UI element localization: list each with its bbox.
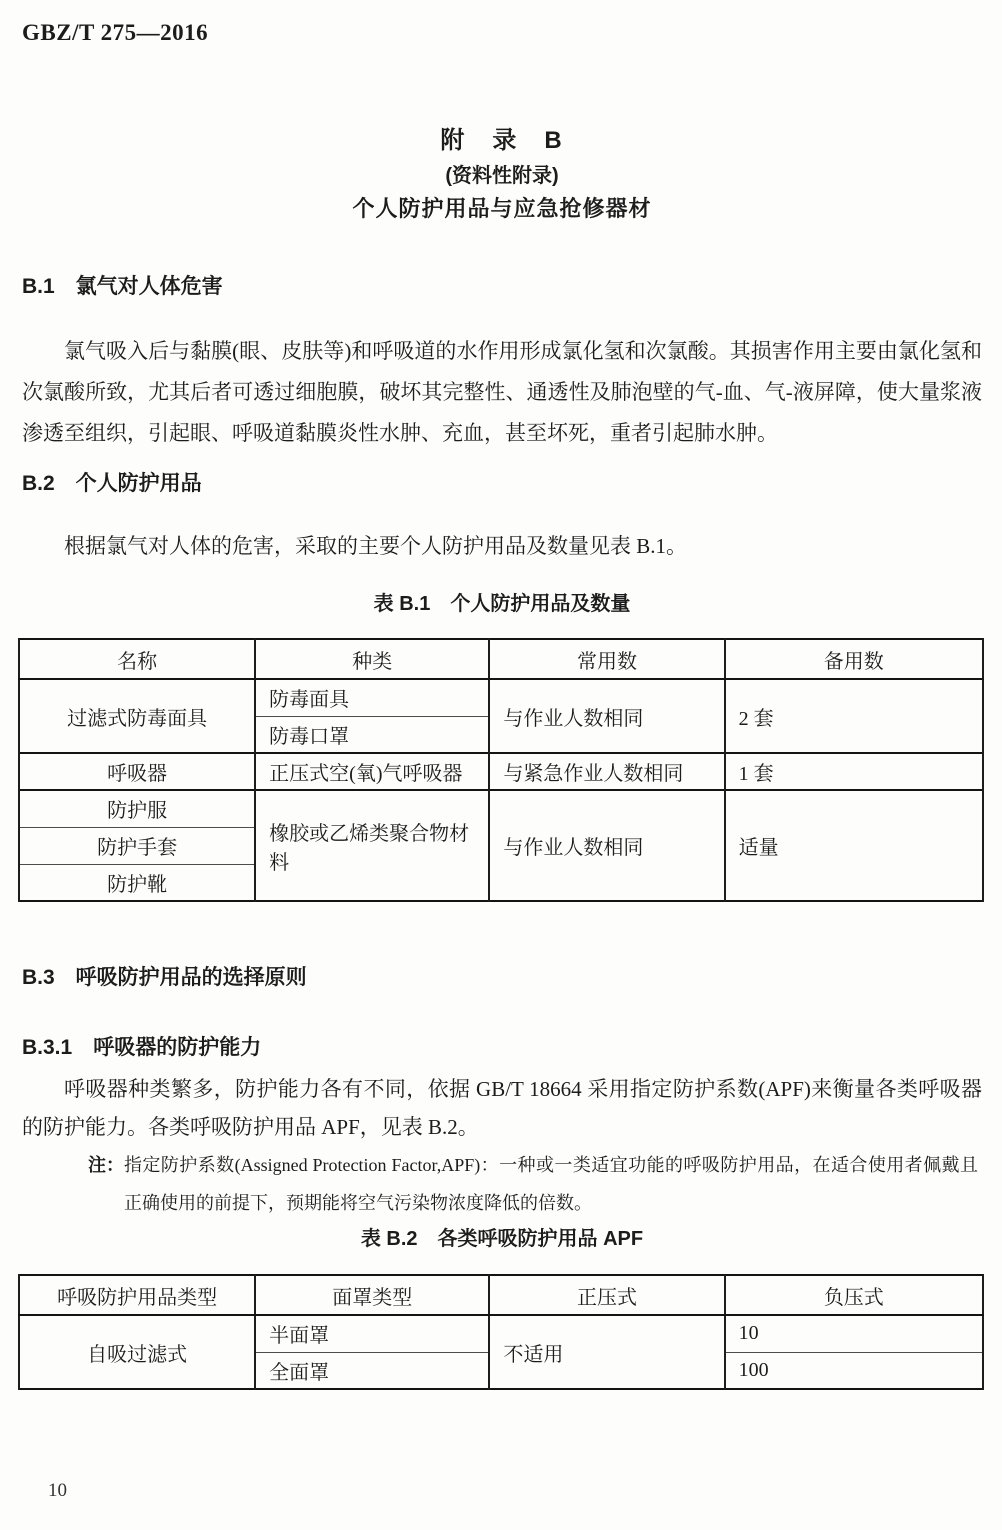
- table-b1-header-spare: 备用数: [725, 639, 983, 679]
- table-b2-caption: 表 B.2 各类呼吸防护用品 APF: [22, 1226, 982, 1252]
- paragraph-b2: 根据氯气对人体的危害，采取的主要个人防护用品及数量见表 B.1。: [22, 526, 982, 567]
- section-heading-b31: B.3.1 呼吸器的防护能力: [22, 1034, 982, 1062]
- page-number: 10: [48, 1480, 67, 1502]
- cell-respirator-name: 呼吸器: [19, 753, 255, 790]
- table-row: 防护服 橡胶或乙烯类聚合物材料 与作业人数相同 适量: [19, 790, 983, 827]
- cell-selffilter-negative-half: 10: [725, 1315, 983, 1352]
- table-b2: 呼吸防护用品类型 面罩类型 正压式 负压式 自吸过滤式 半面罩 不适用 10 全…: [18, 1274, 984, 1390]
- cell-selffilter-type: 自吸过滤式: [19, 1315, 255, 1389]
- table-row: 呼吸器 正压式空(氧)气呼吸器 与紧急作业人数相同 1 套: [19, 753, 983, 790]
- table-b1: 名称 种类 常用数 备用数 过滤式防毒面具 防毒面具 与作业人数相同 2 套 防…: [18, 638, 984, 902]
- cell-protective-name3: 防护靴: [19, 864, 255, 901]
- table-b2-header-mask: 面罩类型: [255, 1275, 489, 1315]
- cell-selffilter-fullmask: 全面罩: [255, 1352, 489, 1389]
- cell-selffilter-positive: 不适用: [489, 1315, 724, 1389]
- cell-filter-mask-kind2: 防毒口罩: [255, 716, 489, 753]
- cell-respirator-spare: 1 套: [725, 753, 983, 790]
- table-b2-header-negative: 负压式: [725, 1275, 983, 1315]
- cell-filter-mask-spare: 2 套: [725, 679, 983, 753]
- paragraph-b1: 氯气吸入后与黏膜(眼、皮肤等)和呼吸道的水作用形成氯化氢和次氯酸。其损害作用主要…: [22, 331, 982, 454]
- cell-protective-spare: 适量: [725, 790, 983, 901]
- table-b2-header-row: 呼吸防护用品类型 面罩类型 正压式 负压式: [19, 1275, 983, 1315]
- note-apf: 注： 指定防护系数(Assigned Protection Factor,APF…: [22, 1146, 982, 1222]
- table-b1-header-name: 名称: [19, 639, 255, 679]
- appendix-title: 附 录 B (资料性附录) 个人防护用品与应急抢修器材: [22, 127, 982, 223]
- table-row: 自吸过滤式 半面罩 不适用 10: [19, 1315, 983, 1352]
- cell-respirator-kind: 正压式空(氧)气呼吸器: [255, 753, 489, 790]
- cell-filter-mask-kind1: 防毒面具: [255, 679, 489, 716]
- note-text: 指定防护系数(Assigned Protection Factor,APF)：一…: [124, 1146, 978, 1222]
- table-b1-caption: 表 B.1 个人防护用品及数量: [22, 591, 982, 617]
- table-row: 过滤式防毒面具 防毒面具 与作业人数相同 2 套: [19, 679, 983, 716]
- table-b2-header-type: 呼吸防护用品类型: [19, 1275, 255, 1315]
- appendix-title-line2: (资料性附录): [22, 163, 982, 189]
- cell-selffilter-halfmask: 半面罩: [255, 1315, 489, 1352]
- doc-number: GBZ/T 275—2016: [22, 20, 208, 46]
- note-label: 注：: [88, 1146, 124, 1222]
- table-b2-header-positive: 正压式: [489, 1275, 724, 1315]
- cell-filter-mask-common: 与作业人数相同: [489, 679, 724, 753]
- table-b1-header-row: 名称 种类 常用数 备用数: [19, 639, 983, 679]
- section-heading-b3: B.3 呼吸防护用品的选择原则: [22, 964, 982, 992]
- cell-protective-name1: 防护服: [19, 790, 255, 827]
- table-b1-header-kind: 种类: [255, 639, 489, 679]
- cell-respirator-common: 与紧急作业人数相同: [489, 753, 724, 790]
- document-page: GBZ/T 275—2016 附 录 B (资料性附录) 个人防护用品与应急抢修…: [0, 0, 1002, 1530]
- appendix-title-line3: 个人防护用品与应急抢修器材: [22, 195, 982, 223]
- cell-selffilter-negative-full: 100: [725, 1352, 983, 1389]
- cell-protective-kind: 橡胶或乙烯类聚合物材料: [255, 790, 489, 901]
- cell-filter-mask-name: 过滤式防毒面具: [19, 679, 255, 753]
- section-heading-b1: B.1 氯气对人体危害: [22, 273, 982, 301]
- paragraph-b31: 呼吸器种类繁多，防护能力各有不同，依据 GB/T 18664 采用指定防护系数(…: [22, 1070, 982, 1146]
- appendix-title-line1: 附 录 B: [22, 127, 982, 155]
- table-b1-header-common: 常用数: [489, 639, 724, 679]
- cell-protective-common: 与作业人数相同: [489, 790, 724, 901]
- cell-protective-name2: 防护手套: [19, 827, 255, 864]
- page-content: 附 录 B (资料性附录) 个人防护用品与应急抢修器材 B.1 氯气对人体危害 …: [0, 127, 1002, 1390]
- section-heading-b2: B.2 个人防护用品: [22, 470, 982, 498]
